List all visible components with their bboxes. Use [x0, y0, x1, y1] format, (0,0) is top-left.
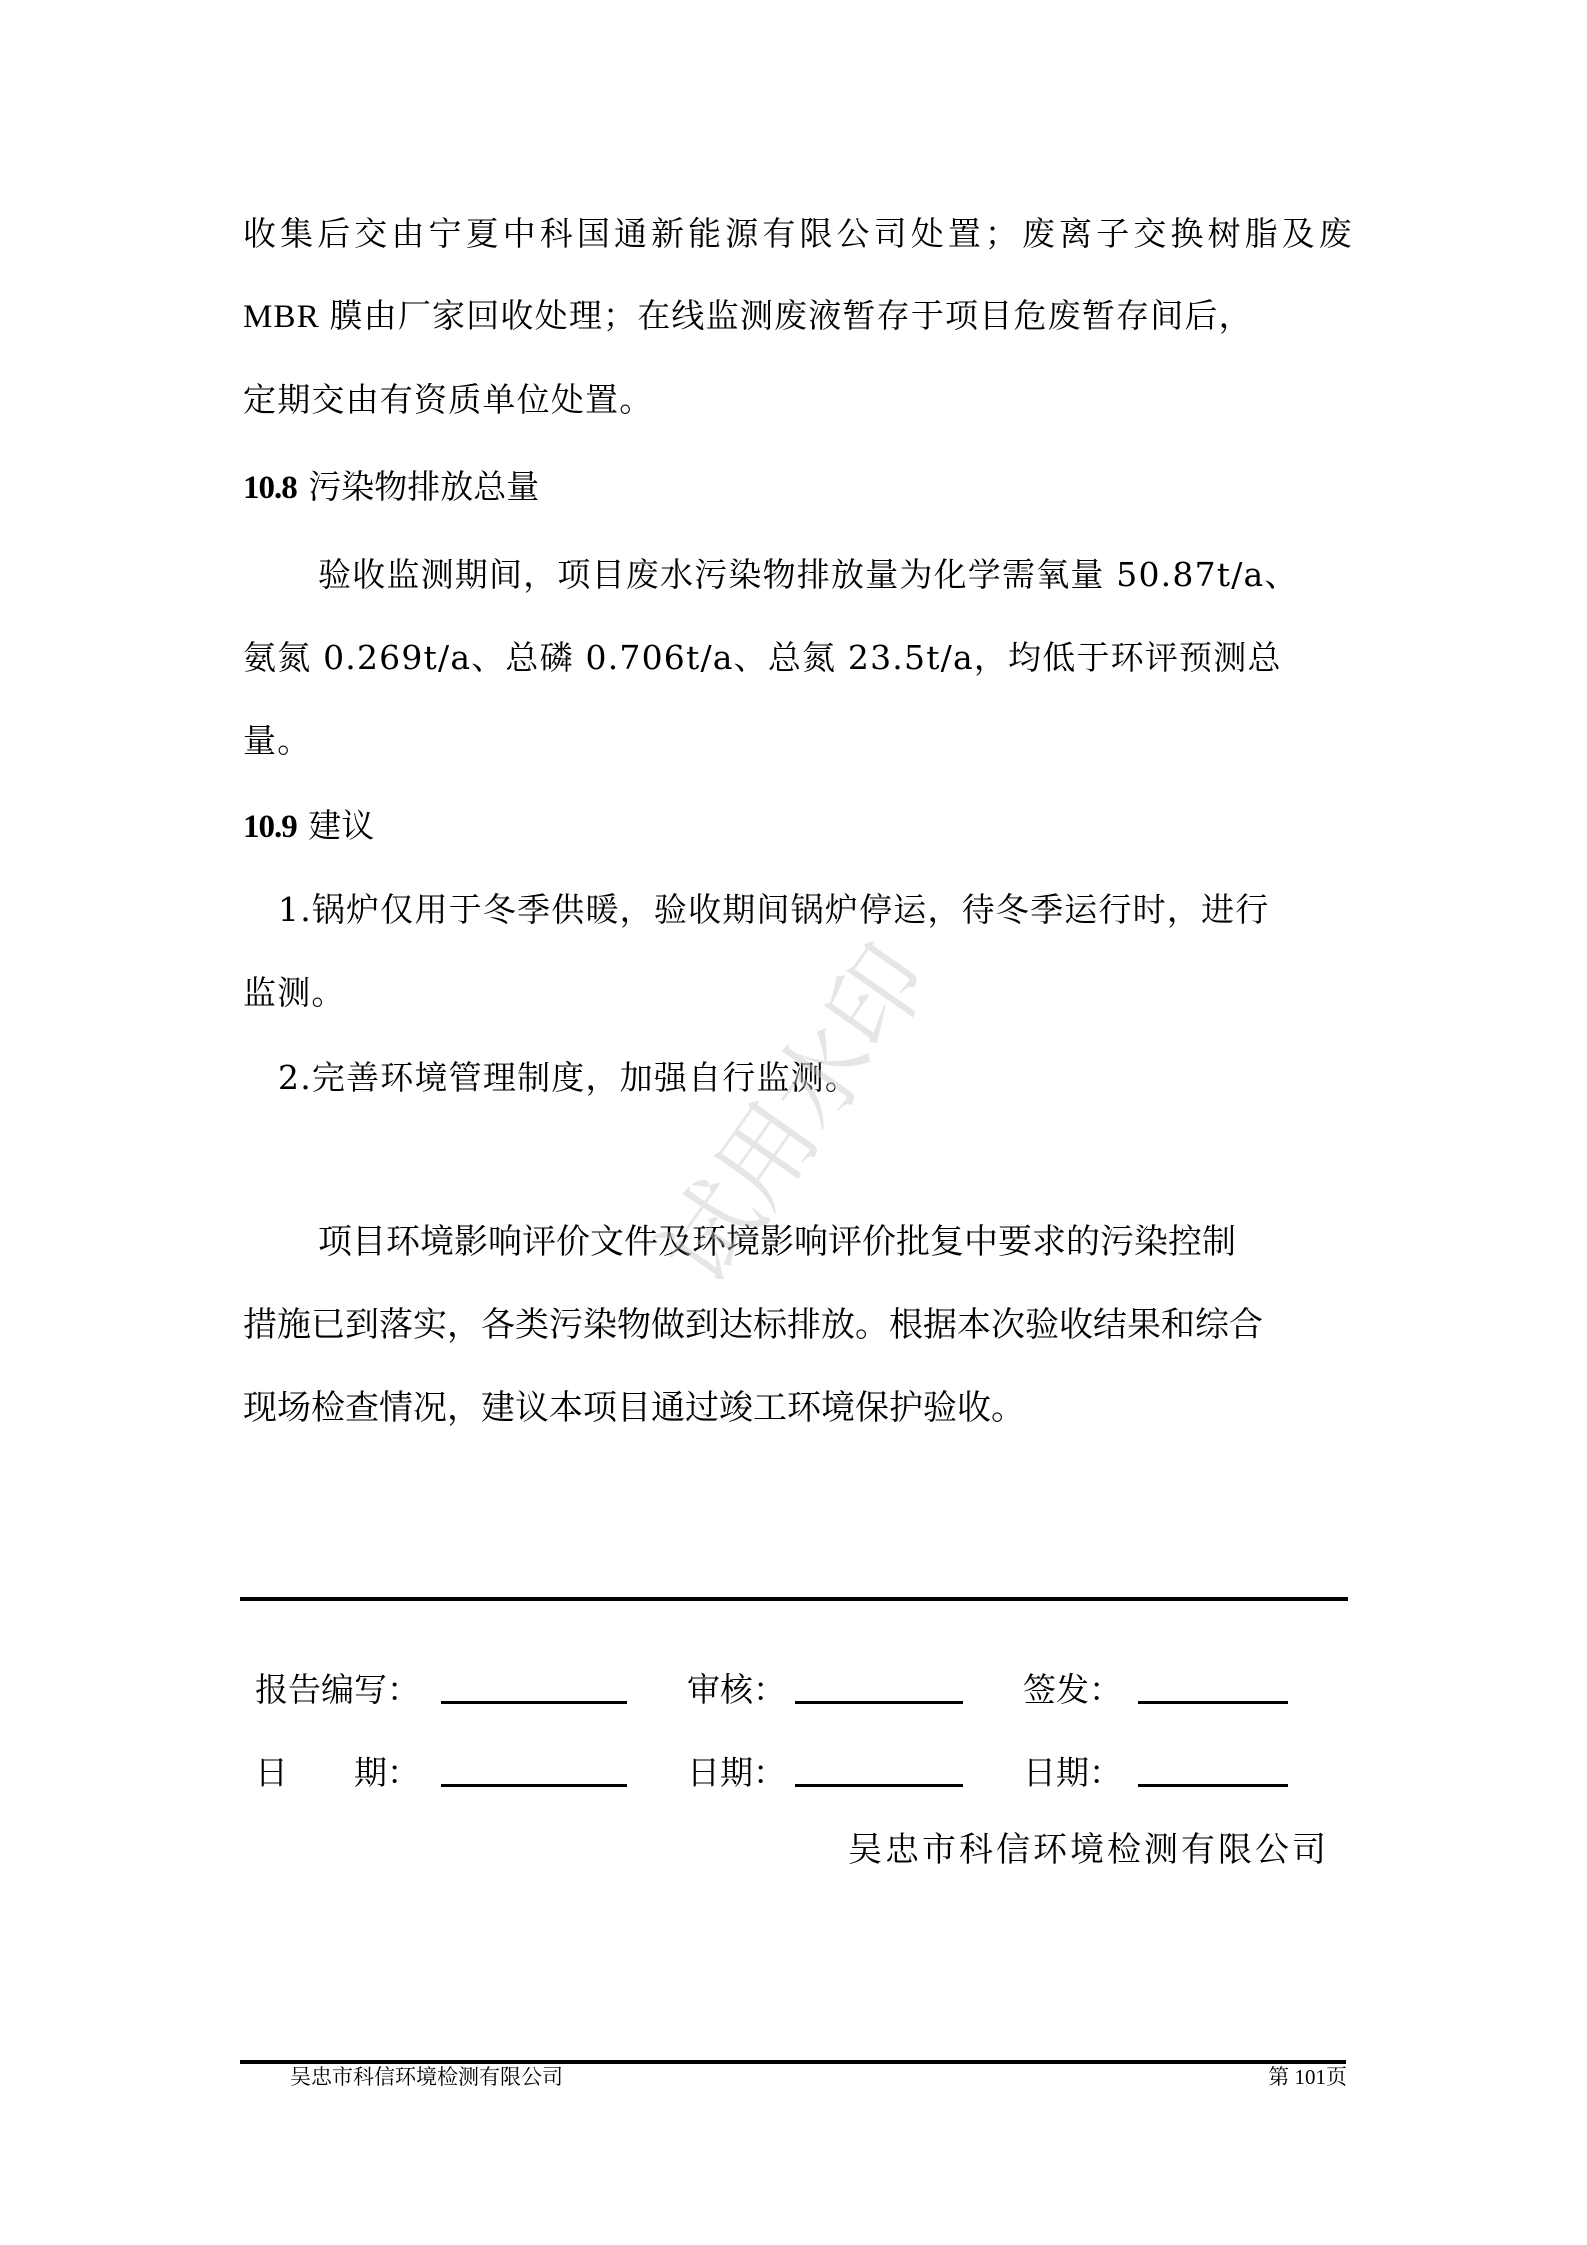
issue-date-label: 日期： — [1023, 1753, 1122, 1793]
signing-company: 吴忠市科信环境检测有限公司 — [848, 1830, 1329, 1870]
paragraph-line: 量。 — [243, 721, 1353, 761]
paragraph-line: 收集后交由宁夏中科国通新能源有限公司处置；废离子交换树脂及废 — [243, 214, 1353, 254]
paragraph-line: 氨氮 0.269t/a、总磷 0.706t/a、总氮 23.5t/a，均低于环评… — [243, 638, 1353, 678]
issue-date-field[interactable] — [1138, 1784, 1288, 1787]
paragraph-line: 验收监测期间，项目废水污染物排放量为化学需氧量 50.87t/a、 — [318, 555, 1353, 595]
watermark-text: 试用水印 — [615, 891, 975, 1339]
review-date-field[interactable] — [795, 1784, 963, 1787]
paragraph-line: MBR 膜由厂家回收处理；在线监测废液暂存于项目危废暂存间后， — [243, 297, 1353, 337]
section-number: 10.9 — [243, 809, 297, 845]
paragraph-line: 定期交由有资质单位处置。 — [243, 380, 1353, 420]
conclusion-line: 项目环境影响评价文件及环境影响评价批复中要求的污染控制 — [318, 1222, 1353, 1262]
review-signature-field[interactable] — [795, 1701, 963, 1704]
section-heading-10-9: 10.9 建议 — [243, 806, 374, 847]
section-number: 10.8 — [243, 470, 297, 506]
author-label: 报告编写： — [255, 1670, 420, 1710]
review-label: 审核： — [687, 1670, 786, 1710]
author-date-field[interactable] — [441, 1784, 627, 1787]
section-title: 污染物排放总量 — [308, 467, 539, 506]
conclusion-line: 现场检查情况，建议本项目通过竣工环境保护验收。 — [243, 1388, 1353, 1428]
footer-company: 吴忠市科信环境检测有限公司 — [290, 2064, 563, 2090]
conclusion-line: 措施已到落实，各类污染物做到达标排放。根据本次验收结果和综合 — [243, 1305, 1353, 1345]
review-date-label: 日期： — [687, 1753, 786, 1793]
author-date-label: 日 期： — [255, 1753, 420, 1793]
page-number: 第 101页 — [1268, 2064, 1347, 2090]
recommendation-item-2: 2.完善环境管理制度，加强自行监测。 — [278, 1058, 1353, 1098]
section-title: 建议 — [308, 806, 374, 845]
issue-label: 签发： — [1023, 1670, 1122, 1710]
recommendation-item-1-cont: 监测。 — [243, 973, 1353, 1013]
author-signature-field[interactable] — [441, 1701, 627, 1704]
signature-divider — [240, 1597, 1348, 1601]
document-page: 收集后交由宁夏中科国通新能源有限公司处置；废离子交换树脂及废 MBR 膜由厂家回… — [0, 0, 1587, 2245]
recommendation-item-1: 1.锅炉仅用于冬季供暖，验收期间锅炉停运，待冬季运行时，进行 — [278, 890, 1353, 930]
issue-signature-field[interactable] — [1138, 1701, 1288, 1704]
section-heading-10-8: 10.8 污染物排放总量 — [243, 467, 539, 508]
